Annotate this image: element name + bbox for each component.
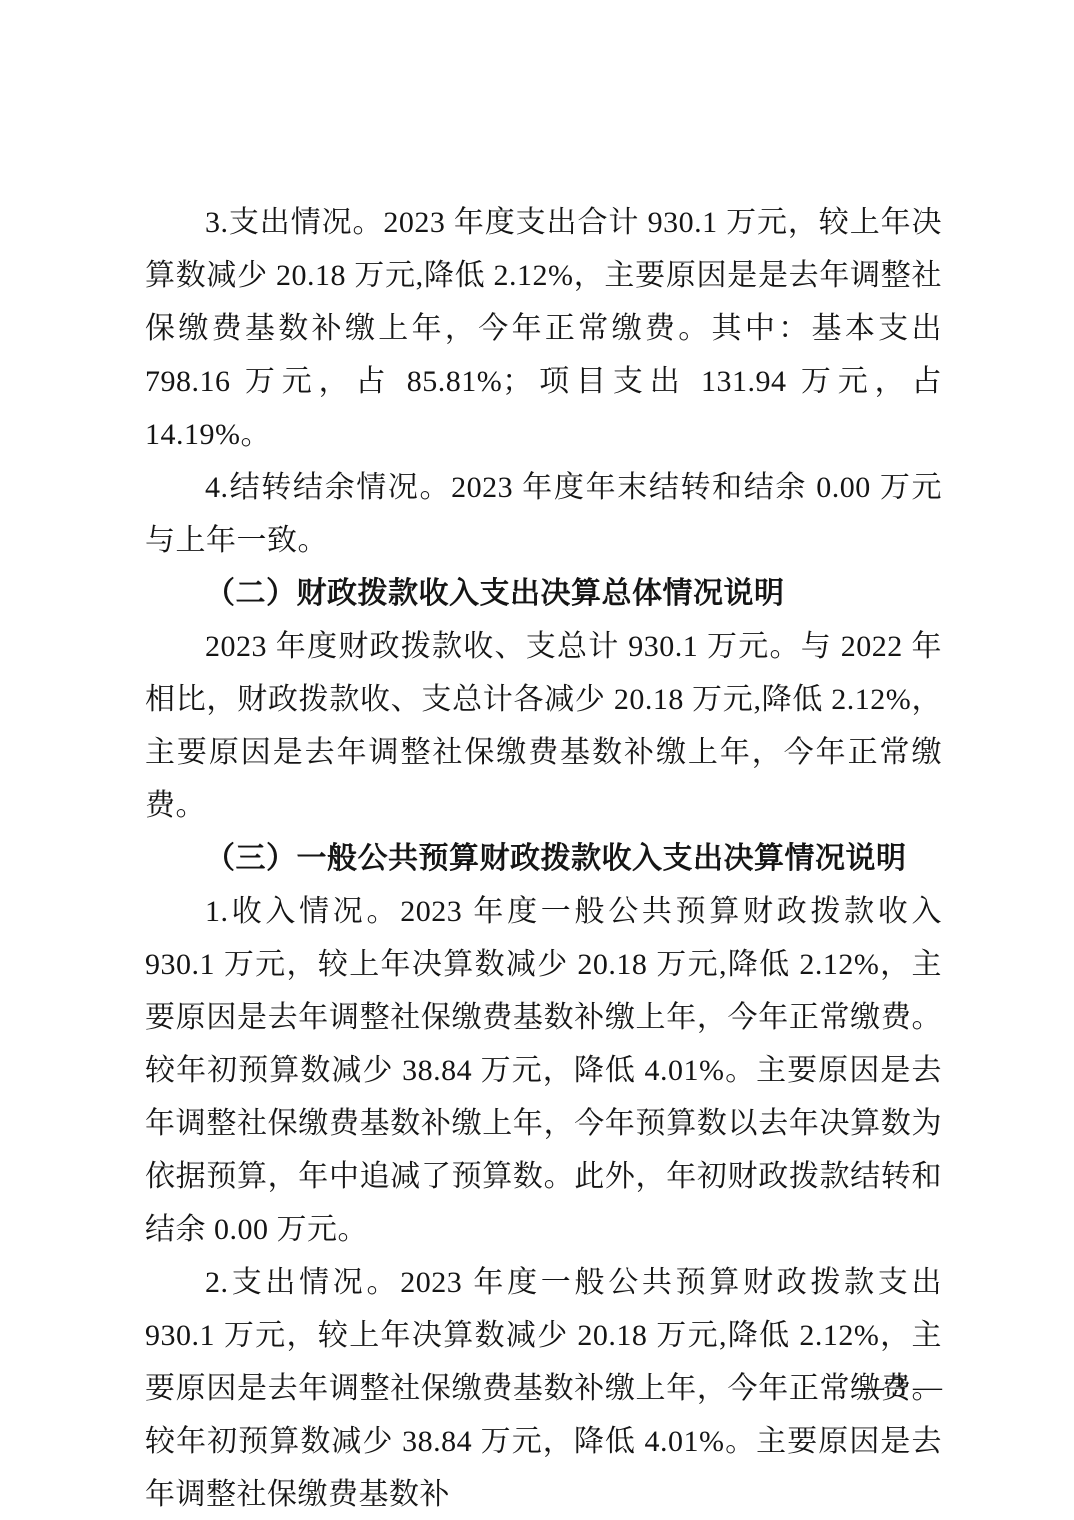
paragraph-3-expenditure: 3.支出情况。2023 年度支出合计 930.1 万元，较上年决算数减少 20.… xyxy=(145,196,942,461)
document-page: 3.支出情况。2023 年度支出合计 930.1 万元，较上年决算数减少 20.… xyxy=(0,0,1074,1520)
document-body: 3.支出情况。2023 年度支出合计 930.1 万元，较上年决算数减少 20.… xyxy=(145,196,942,1520)
section-heading-3-general-public-budget: （三）一般公共预算财政拨款收入支出决算情况说明 xyxy=(145,832,942,885)
section-heading-2-fiscal-appropriation-overview: （二）财政拨款收入支出决算总体情况说明 xyxy=(145,567,942,620)
page-footer: — 3 — xyxy=(855,1367,942,1407)
paragraph-4-carryover: 4.结转结余情况。2023 年度年末结转和结余 0.00 万元与上年一致。 xyxy=(145,461,942,567)
paragraph-1-income-situation: 1.收入情况。2023 年度一般公共预算财政拨款收入 930.1 万元，较上年决… xyxy=(145,885,942,1256)
paragraph-fiscal-appropriation-total: 2023 年度财政拨款收、支总计 930.1 万元。与 2022 年相比，财政拨… xyxy=(145,620,942,832)
page-number: — 3 — xyxy=(855,1371,942,1403)
paragraph-2-expenditure-situation: 2.支出情况。2023 年度一般公共预算财政拨款支出 930.1 万元，较上年决… xyxy=(145,1256,942,1520)
